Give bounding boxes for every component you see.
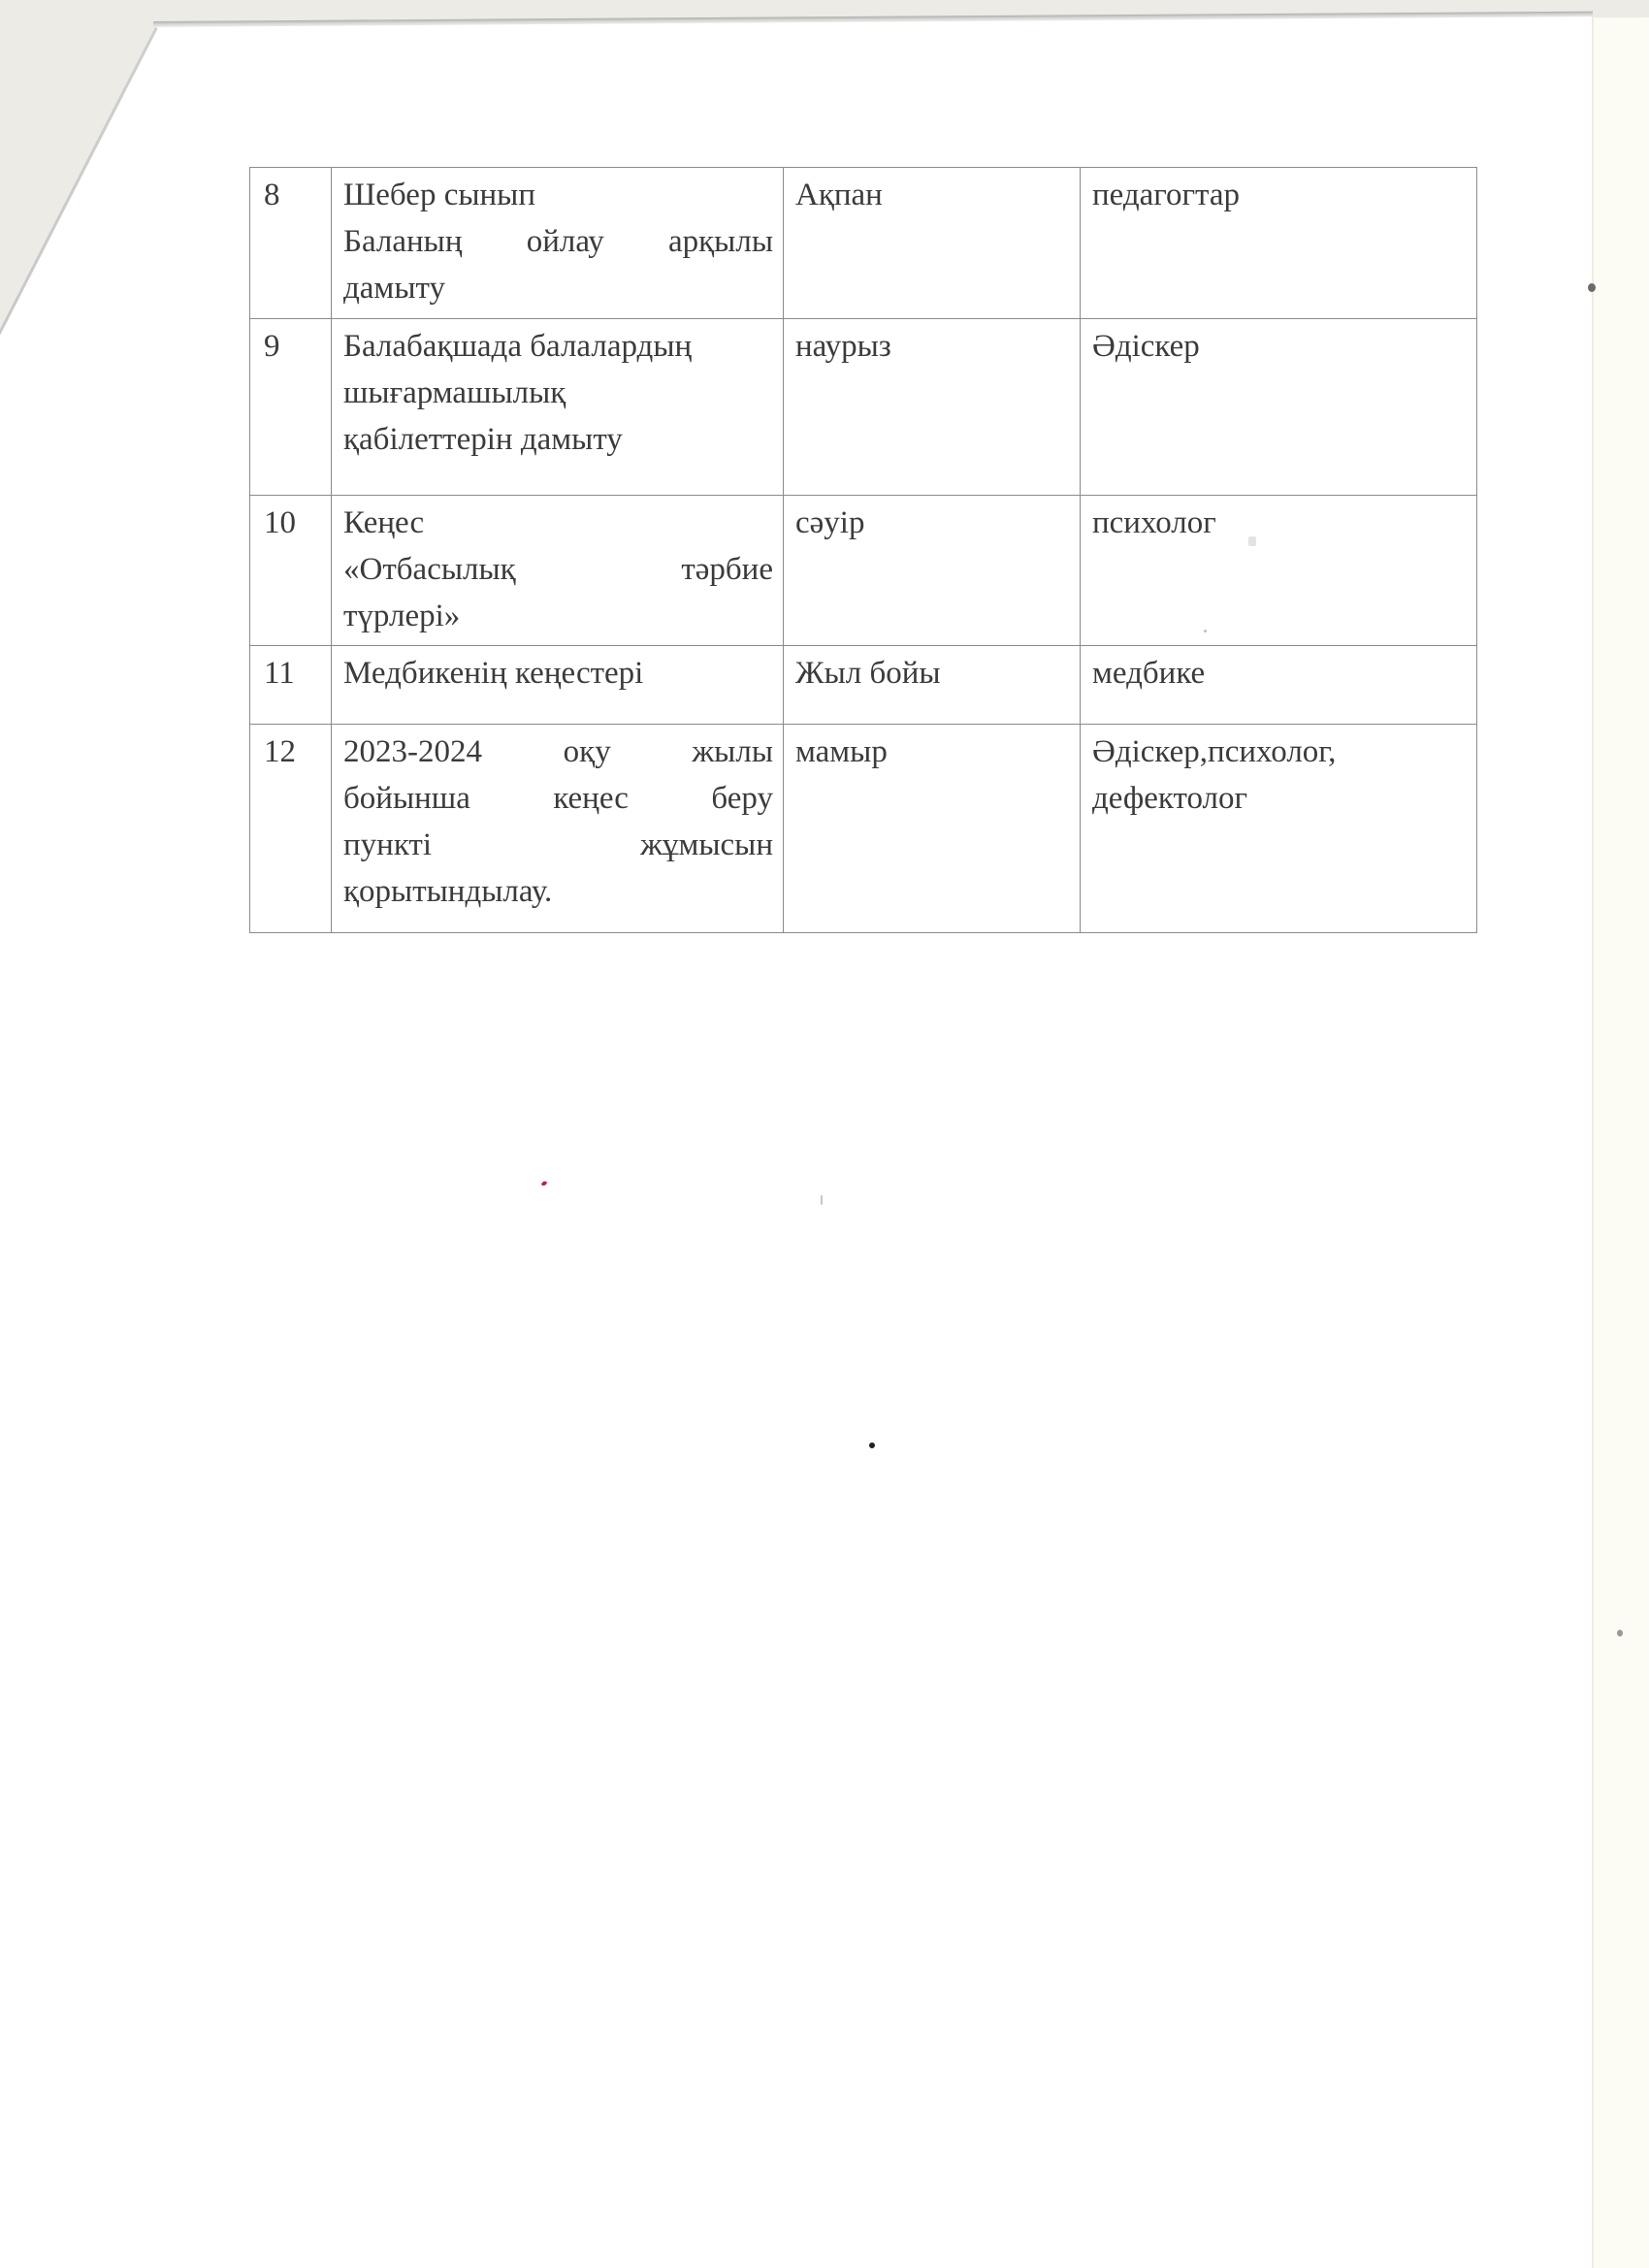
topic-line: дамыту xyxy=(343,265,773,311)
row-topic: Медбикенің кеңестері xyxy=(332,646,784,725)
row-date: Ақпан xyxy=(784,168,1081,319)
row-responsible: Әдіскер xyxy=(1081,319,1477,496)
table-row: 12 2023-2024 оқу жылы бойынша кеңес беру… xyxy=(250,725,1477,933)
scan-speck xyxy=(1248,536,1256,546)
row-date: сәуір xyxy=(784,496,1081,646)
scan-speck xyxy=(821,1195,823,1205)
topic-line: қабілеттерін дамыту xyxy=(343,416,773,463)
topic-line: Баланың ойлау арқылы xyxy=(343,218,773,265)
row-topic: Шебер сынып Баланың ойлау арқылы дамыту xyxy=(332,168,784,319)
row-date: наурыз xyxy=(784,319,1081,496)
topic-line: шығармашылық xyxy=(343,370,773,416)
row-number: 10 xyxy=(250,496,332,646)
row-topic: 2023-2024 оқу жылы бойынша кеңес беру пу… xyxy=(332,725,784,933)
row-responsible: медбике xyxy=(1081,646,1477,725)
row-responsible: Әдіскер,психолог, дефектолог xyxy=(1081,725,1477,933)
table-row: 9 Балабақшада балалардың шығармашылық қа… xyxy=(250,319,1477,496)
row-responsible: психолог xyxy=(1081,496,1477,646)
row-date: Жыл бойы xyxy=(784,646,1081,725)
topic-line: қорытындылау. xyxy=(343,868,773,915)
paper-edge-right xyxy=(1592,16,1594,2268)
row-number: 8 xyxy=(250,168,332,319)
row-responsible: педагогтар xyxy=(1081,168,1477,319)
row-number: 12 xyxy=(250,725,332,933)
topic-line: Шебер сынып xyxy=(343,172,773,218)
scan-speck xyxy=(1204,630,1207,632)
topic-line: түрлері» xyxy=(343,593,773,639)
topic-line: «Отбасылық тәрбие xyxy=(343,546,773,593)
plan-table: 8 Шебер сынып Баланың ойлау арқылы дамыт… xyxy=(249,167,1477,933)
topic-line: Балабақшада балалардың xyxy=(343,323,773,370)
topic-line: пункті жұмысын xyxy=(343,822,773,868)
row-topic: Кеңес «Отбасылық тәрбие түрлері» xyxy=(332,496,784,646)
scan-speck xyxy=(869,1442,875,1448)
topic-line: бойынша кеңес беру xyxy=(343,775,773,822)
topic-line: Медбикенің кеңестері xyxy=(343,650,773,697)
row-number: 11 xyxy=(250,646,332,725)
table-row: 11 Медбикенің кеңестері Жыл бойы медбике xyxy=(250,646,1477,725)
scan-speck xyxy=(1588,283,1596,292)
row-date: мамыр xyxy=(784,725,1081,933)
table-row: 8 Шебер сынып Баланың ойлау арқылы дамыт… xyxy=(250,168,1477,319)
topic-line: Кеңес xyxy=(343,500,773,546)
table-row: 10 Кеңес «Отбасылық тәрбие түрлері» сәуі… xyxy=(250,496,1477,646)
row-topic: Балабақшада балалардың шығармашылық қабі… xyxy=(332,319,784,496)
topic-line: 2023-2024 оқу жылы xyxy=(343,729,773,775)
scan-speck xyxy=(1617,1630,1623,1636)
row-number: 9 xyxy=(250,319,332,496)
